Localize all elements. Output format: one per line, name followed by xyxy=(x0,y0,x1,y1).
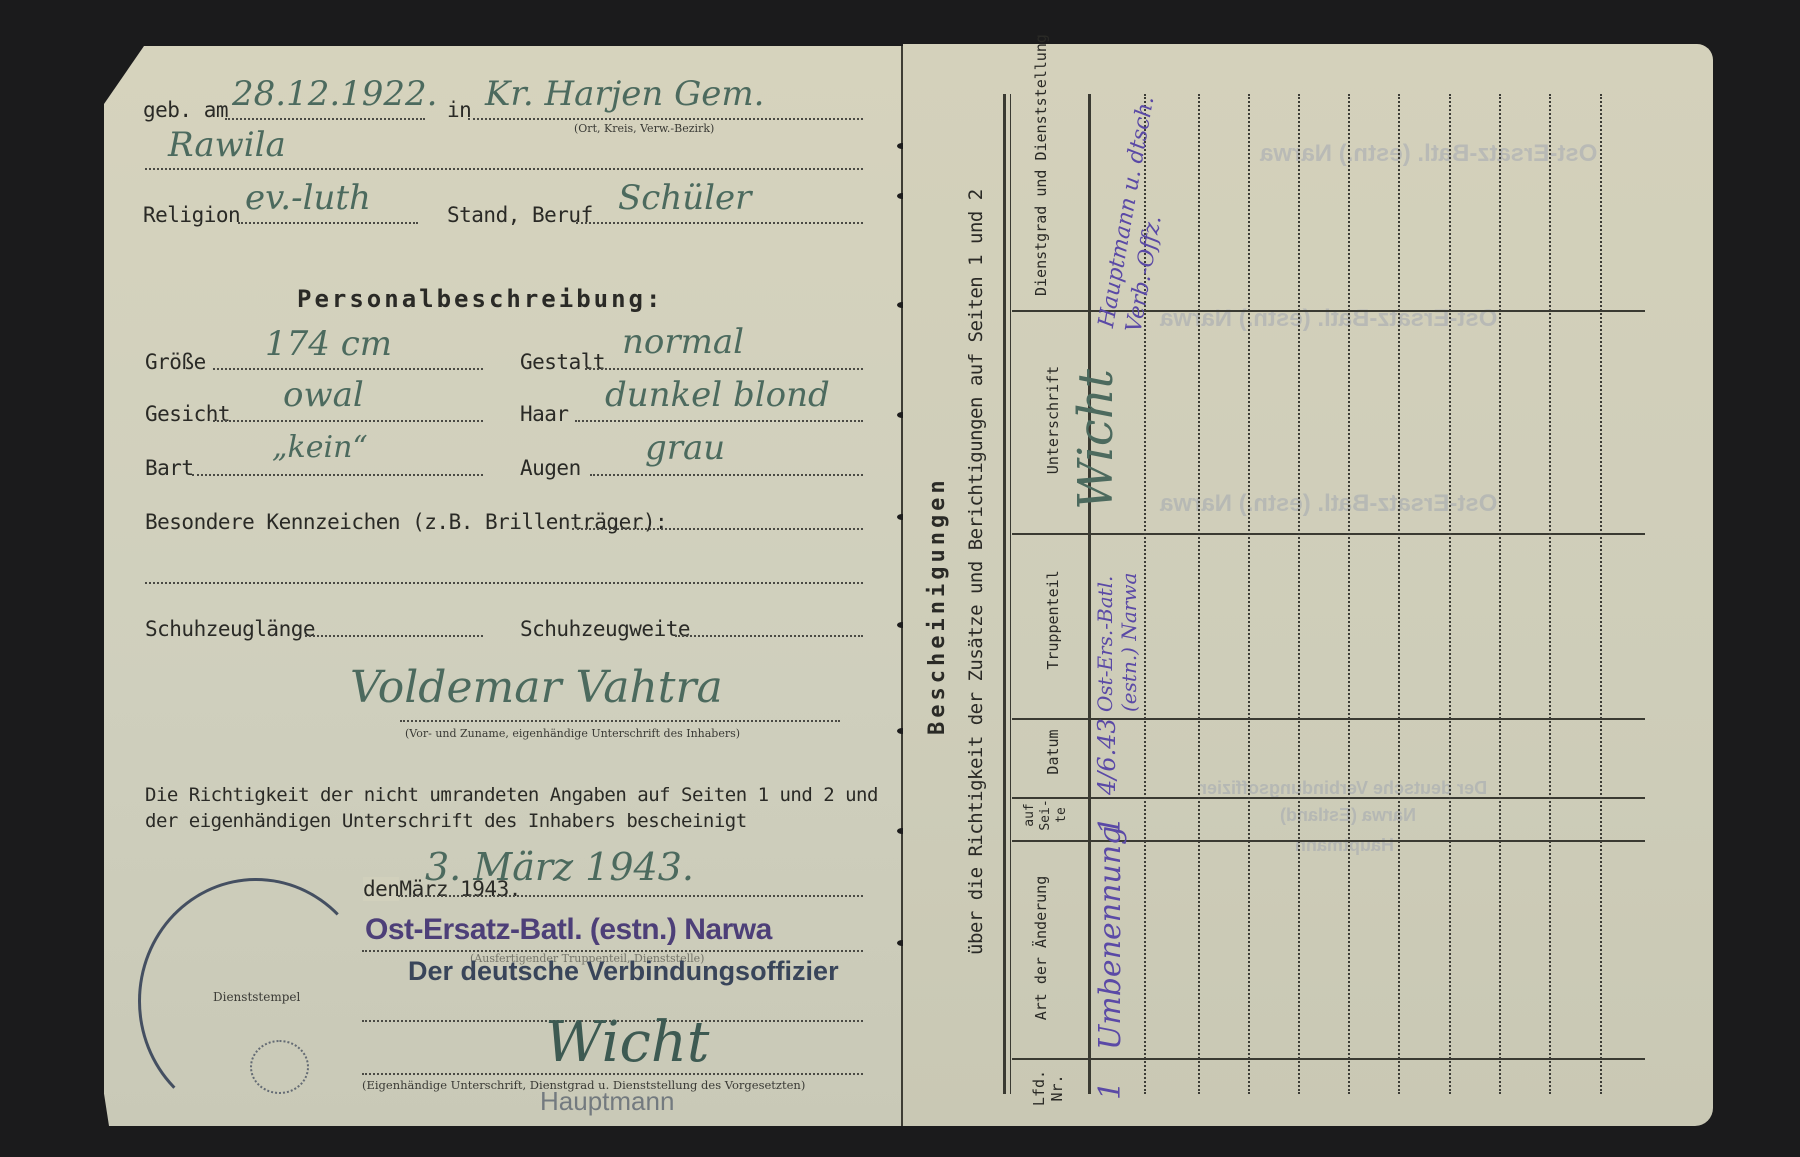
table-border-outer xyxy=(1003,94,1006,1094)
bleed-through-stamp: Der deutsche Verbindungsoffizier xyxy=(1200,778,1487,799)
eyes-line xyxy=(590,474,863,476)
entry-1-signature: Wicht xyxy=(1068,369,1124,510)
build-line xyxy=(585,368,863,370)
entry-column-10 xyxy=(1600,94,1602,1094)
right-page-subtitle: über die Richtigkeit der Zusätze und Ber… xyxy=(965,189,987,955)
certification-date-line xyxy=(398,895,863,897)
entry-column-8 xyxy=(1499,94,1501,1094)
hair-label: Haar xyxy=(520,402,569,426)
marks-label: Besondere Kennzeichen (z.B. Brillenträge… xyxy=(145,510,667,534)
beard-value: „kein“ xyxy=(272,430,368,465)
face-line xyxy=(213,420,483,422)
header-separator xyxy=(1012,310,1088,312)
certification-date-label-text: den xyxy=(363,877,399,901)
header-separator xyxy=(1012,1058,1088,1060)
height-line xyxy=(213,368,483,370)
bleed-through-stamp: Ost-Ersatz-Batl. (estn.) Narwa xyxy=(1160,490,1497,518)
religion-value: ev.-luth xyxy=(245,178,371,218)
unit-stamp: Ost-Ersatz-Batl. (estn.) Narwa xyxy=(365,913,772,947)
column-header-type: Art der Änderung xyxy=(1030,848,1052,1048)
entry-1-unit: Ost-Ers.-Batl. (estn.) Narwa xyxy=(1093,522,1141,712)
rank-stamp: Hauptmann xyxy=(540,1086,674,1117)
entry-1-page: 1 xyxy=(1093,816,1128,835)
face-label: Gesicht xyxy=(145,402,230,426)
column-header-number: Lfd. Nr. xyxy=(1030,1066,1066,1110)
column-header-rank: Dienstgrad und Dienststellung xyxy=(1030,106,1052,296)
table-header-border xyxy=(1088,94,1091,1094)
face-value: owal xyxy=(283,375,364,415)
column-header-page: auf Sei-te xyxy=(1022,795,1070,835)
entry-column-6 xyxy=(1398,94,1400,1094)
beard-label: Bart xyxy=(145,456,194,480)
entry-column-5 xyxy=(1348,94,1350,1094)
occupation-label: Stand, Beruf xyxy=(447,203,593,227)
religion-line xyxy=(238,222,418,224)
officer-signature: Wicht xyxy=(545,1010,709,1075)
seal-label: Dienststempel xyxy=(213,990,300,1004)
entry-1-date: 4/6.43 xyxy=(1093,718,1121,795)
birth-place-value: Kr. Harjen Gem. xyxy=(485,74,764,114)
certification-line-1: Die Richtigkeit der nicht umrandeten Ang… xyxy=(145,784,878,806)
beard-line xyxy=(192,474,483,476)
superior-line xyxy=(362,1073,863,1075)
right-page-title: Bescheinigungen xyxy=(925,476,950,735)
column-header-unit: Truppenteil xyxy=(1042,535,1064,705)
row-separator xyxy=(1090,718,1645,720)
occupation-line xyxy=(576,222,863,224)
row-separator xyxy=(1090,840,1645,842)
entry-column-3 xyxy=(1248,94,1250,1094)
header-separator xyxy=(1012,840,1088,842)
officer-stamp: Der deutsche Verbindungsoffizier xyxy=(408,956,839,987)
holder-signature-line xyxy=(400,720,840,722)
build-value: normal xyxy=(622,322,744,362)
bleed-through-stamp: Ost-Ersatz-Batl. (estn.) Narwa xyxy=(1260,140,1597,168)
certification-line-2: der eigenhändigen Unterschrift des Inhab… xyxy=(145,810,747,832)
certification-date-value: 3. März 1943. xyxy=(425,845,694,889)
shoe-width-line xyxy=(675,635,863,637)
birth-date-line xyxy=(225,118,425,120)
row-separator xyxy=(1090,533,1645,535)
hair-line xyxy=(575,420,863,422)
entry-1-type: Umbenennung xyxy=(1093,826,1128,1050)
marks-line xyxy=(572,528,863,530)
right-page xyxy=(903,44,1713,1126)
birth-date-label: geb. am xyxy=(143,98,228,122)
marks-line-2 xyxy=(145,582,863,584)
religion-label: Religion xyxy=(143,203,240,227)
entry-column-9 xyxy=(1549,94,1551,1094)
eyes-label: Augen xyxy=(520,456,581,480)
birth-place-line xyxy=(468,118,863,120)
birth-place-line-2 xyxy=(145,168,863,170)
entry-column-7 xyxy=(1449,94,1451,1094)
shoe-width-label: Schuhzeugweite xyxy=(520,617,690,641)
hair-value: dunkel blond xyxy=(605,375,830,415)
height-value: 174 cm xyxy=(265,324,392,364)
table-border-inner xyxy=(1010,94,1011,1094)
row-separator xyxy=(1090,797,1645,799)
shoe-length-label: Schuhzeuglänge xyxy=(145,617,315,641)
birth-date-value: 28.12.1922. xyxy=(232,74,437,114)
birth-place-value-2: Rawila xyxy=(168,125,286,165)
section-title: Personalbeschreibung: xyxy=(297,285,663,313)
row-separator xyxy=(1090,310,1645,312)
holder-signature-hint: (Vor- und Zuname, eigenhändige Unterschr… xyxy=(405,727,740,740)
eyes-value: grau xyxy=(645,428,725,468)
entry-column-4 xyxy=(1298,94,1300,1094)
column-header-signature: Unterschrift xyxy=(1042,320,1064,520)
eagle-emblem-icon xyxy=(250,1040,309,1094)
row-separator xyxy=(1090,1058,1645,1060)
column-header-date: Datum xyxy=(1042,719,1064,785)
holder-signature: Voldemar Vahtra xyxy=(350,662,723,713)
entry-column-2 xyxy=(1198,94,1200,1094)
height-label: Größe xyxy=(145,350,206,374)
birth-place-hint: (Ort, Kreis, Verw.-Bezirk) xyxy=(574,122,714,135)
shoe-length-line xyxy=(305,635,483,637)
bleed-through-stamp: Hauptmann xyxy=(1295,835,1394,856)
entry-1-number: 1 xyxy=(1093,1081,1128,1100)
build-label: Gestalt xyxy=(520,350,605,374)
occupation-value: Schüler xyxy=(618,178,751,218)
